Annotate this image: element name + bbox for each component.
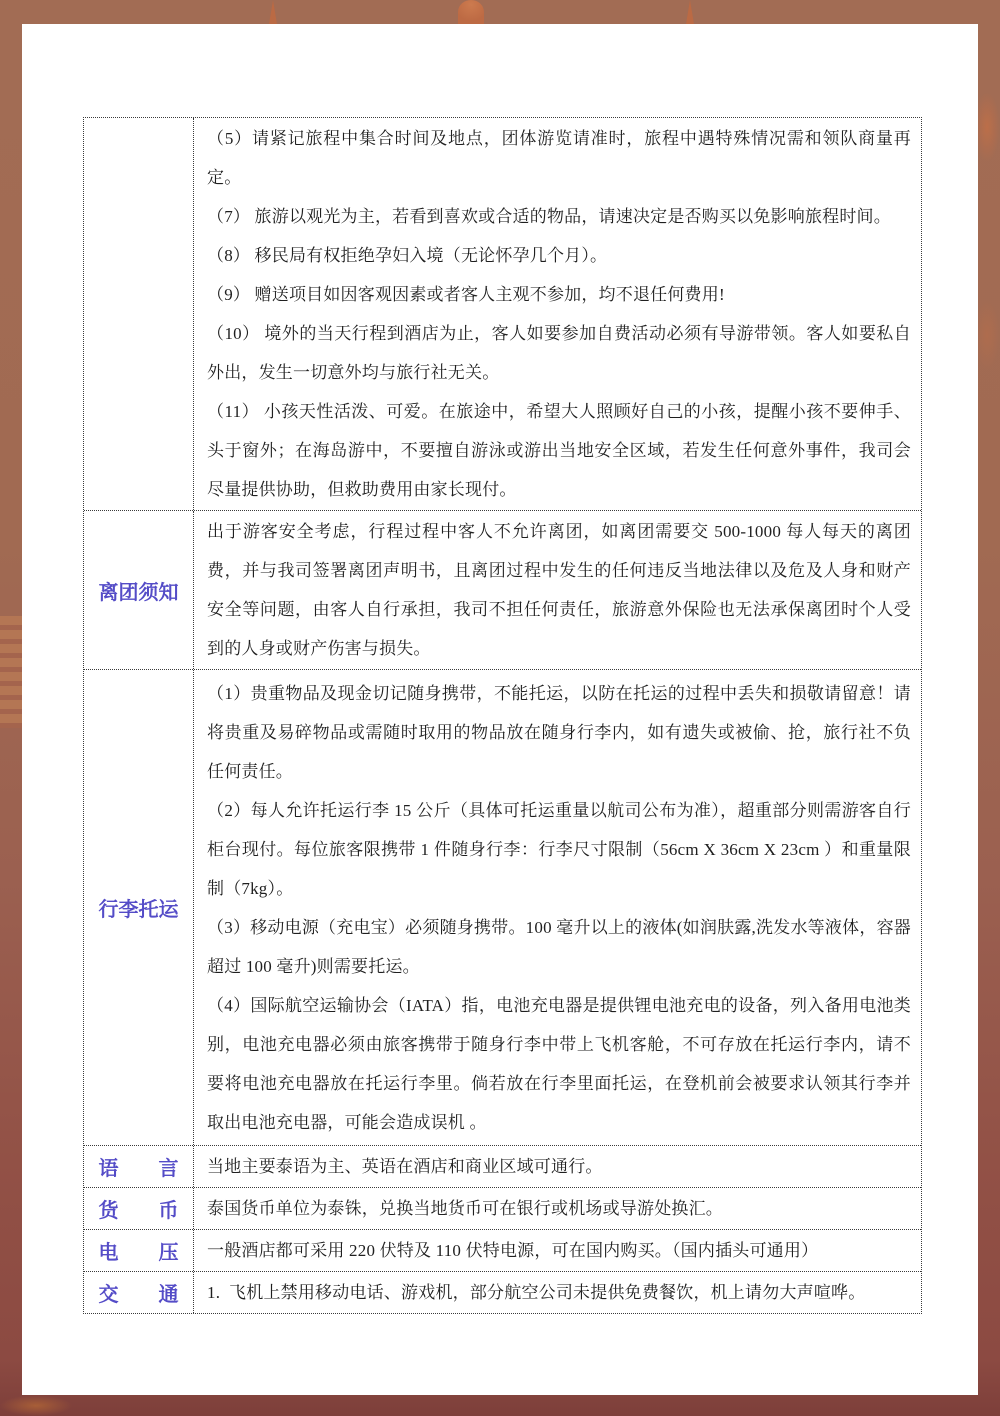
row-label-cell: 交 通 xyxy=(84,1272,194,1313)
row-content-cell: 泰国货币单位为泰铢，兑换当地货币可在银行或机场或导游处换汇。 xyxy=(194,1188,921,1229)
note-paragraph: （10） 境外的当天行程到酒店为止，客人如要参加自费活动必须有导游带领。客人如要… xyxy=(207,314,911,392)
note-paragraph: （3）移动电源（充电宝）必须随身携带。100 毫升以上的液体(如润肤露,洗发水等… xyxy=(207,908,911,986)
border-carving-texture xyxy=(0,616,22,728)
row-label-cell: 语 言 xyxy=(84,1146,194,1187)
note-paragraph: 1. 飞机上禁用移动电话、游戏机，部分航空公司未提供免费餐饮，机上请勿大声喧哗。 xyxy=(207,1273,911,1312)
table-row-transport: 交 通 1. 飞机上禁用移动电话、游戏机，部分航空公司未提供免费餐饮，机上请勿大… xyxy=(84,1271,921,1313)
document-page: （5）请紧记旅程中集合时间及地点，团体游览请准时，旅程中遇特殊情况需和领队商量再… xyxy=(22,24,978,1395)
row-content-cell: （1）贵重物品及现金切记随身携带，不能托运，以防在托运的过程中丢失和损敬请留意！… xyxy=(194,670,921,1145)
travel-notes-table: （5）请紧记旅程中集合时间及地点，团体游览请准时，旅程中遇特殊情况需和领队商量再… xyxy=(83,117,922,1314)
temple-dome-icon xyxy=(458,0,484,24)
note-paragraph: （8） 移民局有权拒绝孕妇入境（无论怀孕几个月）。 xyxy=(207,236,911,275)
note-paragraph: 当地主要泰语为主、英语在酒店和商业区域可通行。 xyxy=(207,1147,911,1186)
note-paragraph: （1）贵重物品及现金切记随身携带，不能托运，以防在托运的过程中丢失和损敬请留意！… xyxy=(207,674,911,791)
row-content-cell: 出于游客安全考虑，行程过程中客人不允许离团，如离团需要交 500-1000 每人… xyxy=(194,511,921,669)
table-row-leaving-group: 离团须知 出于游客安全考虑，行程过程中客人不允许离团，如离团需要交 500-10… xyxy=(84,510,921,669)
row-label: 交 通 xyxy=(99,1278,179,1307)
row-label-cell: 离团须知 xyxy=(84,511,194,669)
row-label: 语 言 xyxy=(99,1152,179,1181)
note-paragraph: （2）每人允许托运行李 15 公斤（具体可托运重量以航司公布为准），超重部分则需… xyxy=(207,791,911,908)
note-paragraph: 泰国货币单位为泰铢，兑换当地货币可在银行或机场或导游处换汇。 xyxy=(207,1189,911,1228)
row-label-cell: 货 币 xyxy=(84,1188,194,1229)
row-label: 电 压 xyxy=(99,1236,179,1265)
note-paragraph: （7） 旅游以观光为主，若看到喜欢或合适的物品，请速决定是否购买以免影响旅程时间… xyxy=(207,197,911,236)
row-content-cell: （5）请紧记旅程中集合时间及地点，团体游览请准时，旅程中遇特殊情况需和领队商量再… xyxy=(194,118,921,510)
table-row-language: 语 言 当地主要泰语为主、英语在酒店和商业区域可通行。 xyxy=(84,1145,921,1187)
row-content-cell: 1. 飞机上禁用移动电话、游戏机，部分航空公司未提供免费餐饮，机上请勿大声喧哗。 xyxy=(194,1272,921,1313)
row-label: 货 币 xyxy=(99,1194,179,1223)
note-paragraph: （9） 赠送项目如因客观因素或者客人主观不参加，均不退任何费用! xyxy=(207,275,911,314)
row-label-cell: 行李托运 xyxy=(84,670,194,1145)
row-content-cell: 当地主要泰语为主、英语在酒店和商业区域可通行。 xyxy=(194,1146,921,1187)
temple-spire-icon xyxy=(685,0,695,24)
row-content-cell: 一般酒店都可采用 220 伏特及 110 伏特电源，可在国内购买。（国内插头可通… xyxy=(194,1230,921,1271)
table-row-voltage: 电 压 一般酒店都可采用 220 伏特及 110 伏特电源，可在国内购买。（国内… xyxy=(84,1229,921,1271)
temple-spire-icon xyxy=(268,0,278,24)
table-row-general-notes: （5）请紧记旅程中集合时间及地点，团体游览请准时，旅程中遇特殊情况需和领队商量再… xyxy=(84,118,921,510)
row-label-cell: 电 压 xyxy=(84,1230,194,1271)
note-paragraph: （5）请紧记旅程中集合时间及地点，团体游览请准时，旅程中遇特殊情况需和领队商量再… xyxy=(207,119,911,197)
row-label-cell xyxy=(84,118,194,510)
note-paragraph: （4）国际航空运输协会（IATA）指，电池充电器是提供锂电池充电的设备，列入备用… xyxy=(207,986,911,1142)
row-label: 行李托运 xyxy=(99,893,179,922)
note-paragraph: 出于游客安全考虑，行程过程中客人不允许离团，如离团需要交 500-1000 每人… xyxy=(207,512,911,668)
note-paragraph: （11） 小孩天性活泼、可爱。在旅途中，希望大人照顾好自己的小孩，提醒小孩不要伸… xyxy=(207,392,911,509)
table-row-luggage: 行李托运 （1）贵重物品及现金切记随身携带，不能托运，以防在托运的过程中丢失和损… xyxy=(84,669,921,1145)
note-paragraph: 一般酒店都可采用 220 伏特及 110 伏特电源，可在国内购买。（国内插头可通… xyxy=(207,1231,911,1270)
table-row-currency: 货 币 泰国货币单位为泰铢，兑换当地货币可在银行或机场或导游处换汇。 xyxy=(84,1187,921,1229)
row-label: 离团须知 xyxy=(99,576,179,605)
